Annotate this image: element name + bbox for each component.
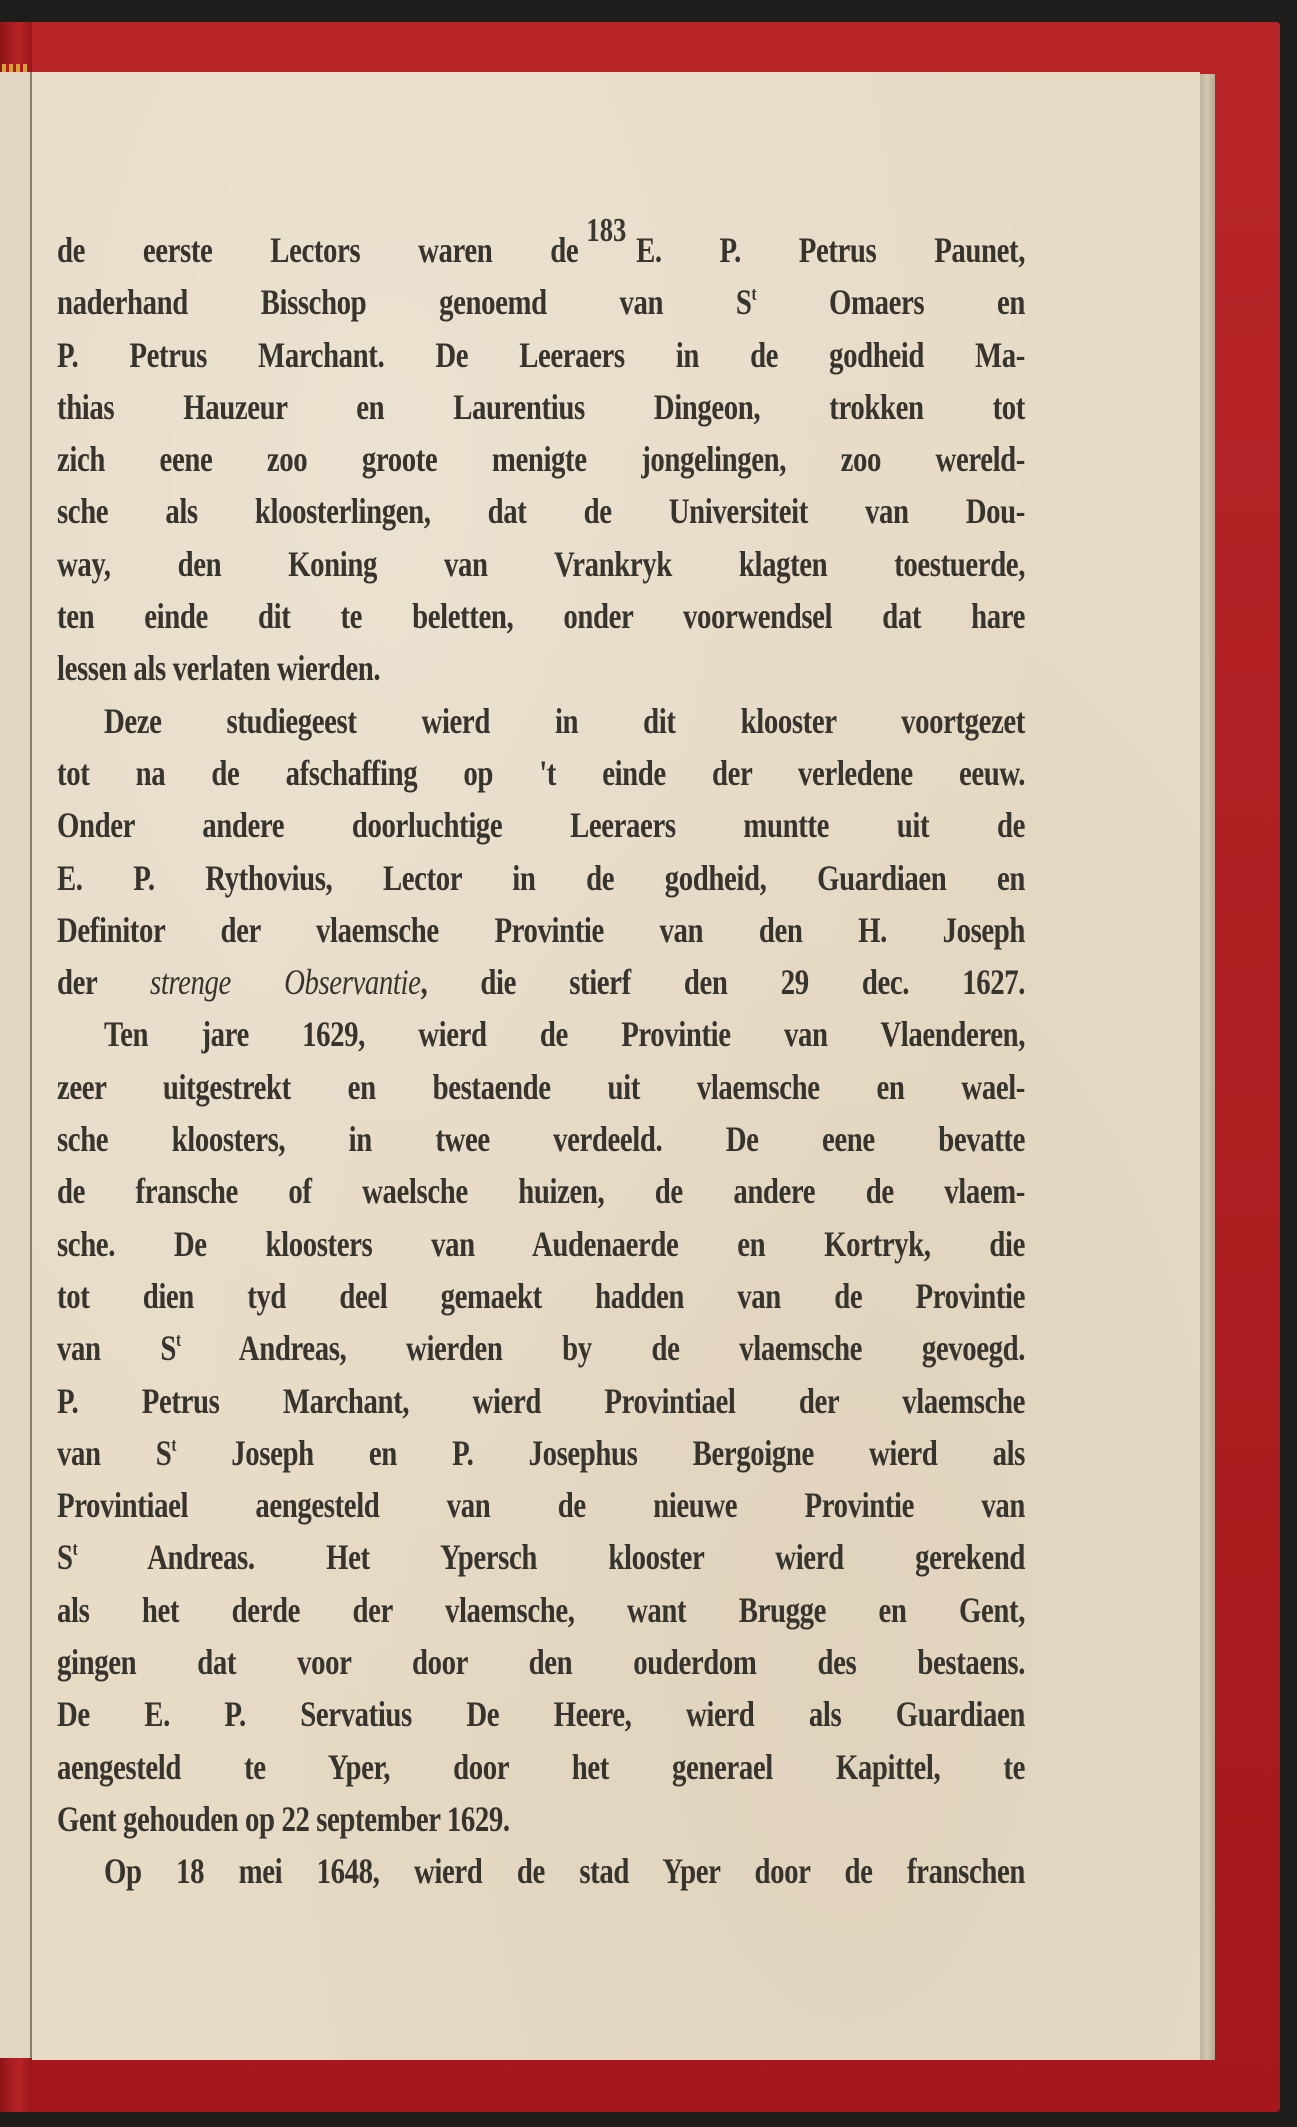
text-line: sche als kloosterlingen, dat de Universi… — [57, 485, 1025, 537]
line-text: gingen dat voor door den ouderdom des be… — [57, 1636, 1025, 1688]
line-text: thias Hauzeur en Laurentius Dingeon, tro… — [57, 381, 1025, 433]
text-line: Ten jare 1629, wierd de Provintie van Vl… — [57, 1008, 1025, 1060]
line-text: aengesteld te Yper, door het generael Ka… — [57, 1741, 1025, 1793]
text-line: tot na de afschaffing op 't einde der ve… — [57, 747, 1025, 799]
text-line: St Andreas. Het Ypersch klooster wierd g… — [57, 1531, 1025, 1583]
text-line: aengesteld te Yper, door het generael Ka… — [57, 1741, 1025, 1793]
text-line: Op 18 mei 1648, wierd de stad Yper door … — [57, 1845, 1025, 1897]
text-line: zeer uitgestrekt en bestaende uit vlaems… — [57, 1061, 1025, 1113]
text-line: ten einde dit te beletten, onder voorwen… — [57, 590, 1025, 642]
text-line: Onder andere doorluchtige Leeraers muntt… — [57, 799, 1025, 851]
superscript: t — [171, 1435, 176, 1456]
text-line: gingen dat voor door den ouderdom des be… — [57, 1636, 1025, 1688]
line-text: E. P. Rythovius, Lector in de godheid, G… — [57, 852, 1025, 904]
line-text: zeer uitgestrekt en bestaende uit vlaems… — [57, 1061, 1025, 1113]
text-line: Deze studiegeest wierd in dit klooster v… — [57, 695, 1025, 747]
line-text: Onder andere doorluchtige Leeraers muntt… — [57, 799, 1025, 851]
line-text: de fransche of waelsche huizen, de ander… — [57, 1165, 1025, 1217]
line-text: ten einde dit te beletten, onder voorwen… — [57, 590, 1025, 642]
line-text: van St Andreas, wierden by de vlaemsche … — [57, 1322, 1025, 1374]
line-text: De E. P. Servatius De Heere, wierd als G… — [57, 1688, 1025, 1740]
italic-text: strenge Observantie — [150, 962, 420, 1002]
text-line: way, den Koning van Vrankryk klagten toe… — [57, 538, 1025, 590]
line-text: Provintiael aengesteld van de nieuwe Pro… — [57, 1479, 1025, 1531]
text-line: E. P. Rythovius, Lector in de godheid, G… — [57, 852, 1025, 904]
line-text: P. Petrus Marchant. De Leeraers in de go… — [57, 329, 1025, 381]
text-line: de eerste Lectors waren de E. P. Petrus … — [57, 224, 1025, 276]
superscript: t — [73, 1539, 78, 1560]
line-text: lessen als verlaten wierden. — [57, 642, 380, 694]
text-line: Provintiael aengesteld van de nieuwe Pro… — [57, 1479, 1025, 1531]
text-line: P. Petrus Marchant. De Leeraers in de go… — [57, 329, 1025, 381]
text-line: van St Andreas, wierden by de vlaemsche … — [57, 1322, 1025, 1374]
line-text: sche kloosters, in twee verdeeld. De een… — [57, 1113, 1025, 1165]
text-line: tot dien tyd deel gemaekt hadden van de … — [57, 1270, 1025, 1322]
superscript: t — [752, 284, 757, 305]
line-text: tot na de afschaffing op 't einde der ve… — [57, 747, 1025, 799]
line-text: der strenge Observantie, die stierf den … — [57, 956, 1025, 1008]
line-text: als het derde der vlaemsche, want Brugge… — [57, 1584, 1025, 1636]
line-text: P. Petrus Marchant, wierd Provintiael de… — [57, 1375, 1025, 1427]
text-line: van St Joseph en P. Josephus Bergoigne w… — [57, 1427, 1025, 1479]
previous-page-edge — [0, 72, 32, 2058]
text-line: als het derde der vlaemsche, want Brugge… — [57, 1584, 1025, 1636]
body-text: de eerste Lectors waren de E. P. Petrus … — [57, 224, 1025, 1898]
text-line: lessen als verlaten wierden. — [57, 642, 1025, 694]
line-text: Op 18 mei 1648, wierd de stad Yper door … — [104, 1845, 1025, 1897]
line-text: Gent gehouden op 22 september 1629. — [57, 1793, 510, 1845]
text-line: der strenge Observantie, die stierf den … — [57, 956, 1025, 1008]
line-text: naderhand Bisschop genoemd van St Omaers… — [57, 276, 1025, 328]
line-text: zich eene zoo groote menigte jongelingen… — [57, 433, 1025, 485]
text-line: zich eene zoo groote menigte jongelingen… — [57, 433, 1025, 485]
line-text: van St Joseph en P. Josephus Bergoigne w… — [57, 1427, 1025, 1479]
line-text: tot dien tyd deel gemaekt hadden van de … — [57, 1270, 1025, 1322]
text-line: thias Hauzeur en Laurentius Dingeon, tro… — [57, 381, 1025, 433]
text-line: De E. P. Servatius De Heere, wierd als G… — [57, 1688, 1025, 1740]
text-line: naderhand Bisschop genoemd van St Omaers… — [57, 276, 1025, 328]
line-text: de eerste Lectors waren de E. P. Petrus … — [57, 224, 1025, 276]
book-page: 183 de eerste Lectors waren de E. P. Pet… — [32, 72, 1200, 2060]
line-text: way, den Koning van Vrankryk klagten toe… — [57, 538, 1025, 590]
text-line: Definitor der vlaemsche Provintie van de… — [57, 904, 1025, 956]
text-line: de fransche of waelsche huizen, de ander… — [57, 1165, 1025, 1217]
line-text: St Andreas. Het Ypersch klooster wierd g… — [57, 1531, 1025, 1583]
superscript: t — [176, 1330, 181, 1351]
line-text: Definitor der vlaemsche Provintie van de… — [57, 904, 1025, 956]
line-text: Ten jare 1629, wierd de Provintie van Vl… — [104, 1008, 1025, 1060]
line-text: sche. De kloosters van Audenaerde en Kor… — [57, 1218, 1025, 1270]
line-text: Deze studiegeest wierd in dit klooster v… — [104, 695, 1025, 747]
line-text: sche als kloosterlingen, dat de Universi… — [57, 485, 1025, 537]
text-line: sche. De kloosters van Audenaerde en Kor… — [57, 1218, 1025, 1270]
text-line: sche kloosters, in twee verdeeld. De een… — [57, 1113, 1025, 1165]
text-line: P. Petrus Marchant, wierd Provintiael de… — [57, 1375, 1025, 1427]
text-line: Gent gehouden op 22 september 1629. — [57, 1793, 1025, 1845]
